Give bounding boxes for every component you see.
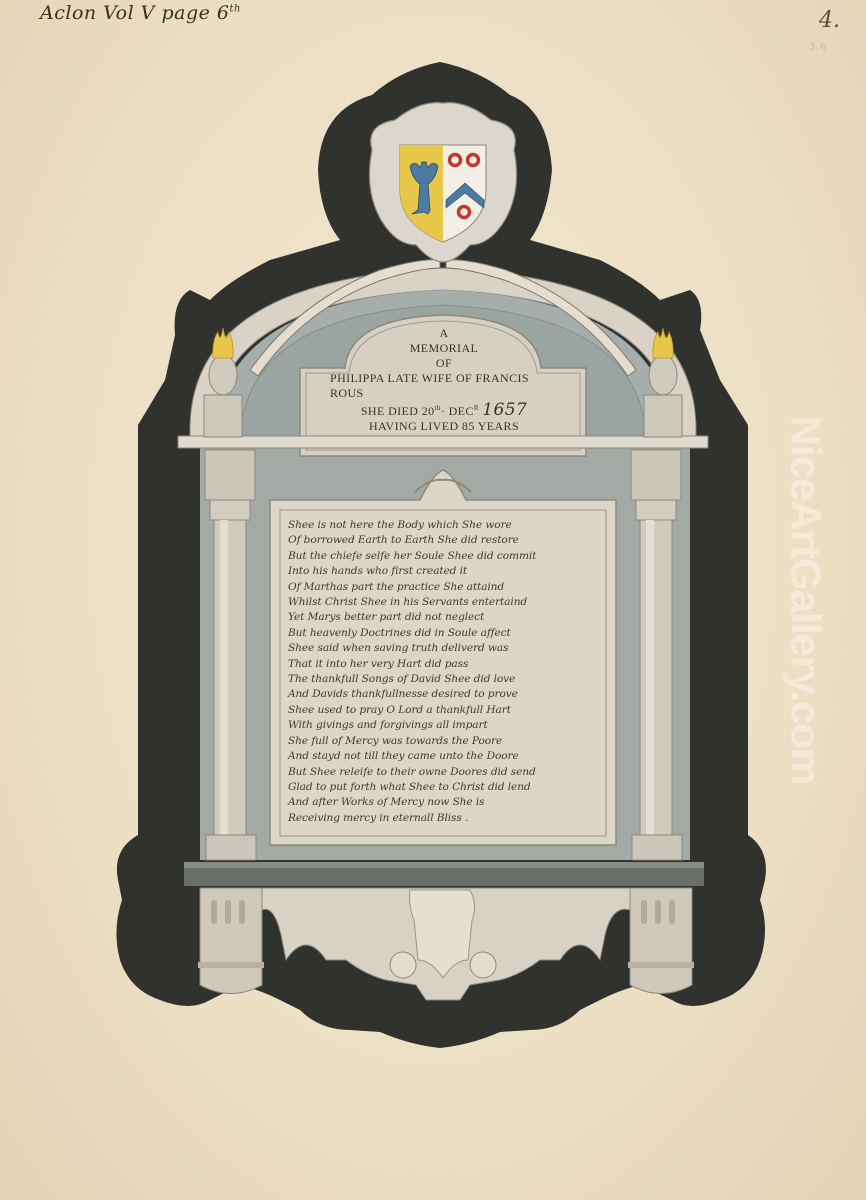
- inscription-name-line: PHILIPPA LATE WIFE OF FRANCIS: [300, 371, 588, 386]
- epitaph-line: Yet Marys better part did not neglect: [288, 610, 604, 625]
- epitaph-line: Into his hands who first created it: [288, 564, 604, 579]
- volute-left: [390, 952, 416, 978]
- watermark: NiceArtGallery.com: [780, 405, 830, 795]
- epitaph-line: Whilst Christ Shee in his Servants enter…: [288, 595, 604, 610]
- inscription-line: HAVING LIVED 85 YEARS: [300, 419, 588, 434]
- volute-right: [470, 952, 496, 978]
- inscription-line: ROUS: [300, 386, 588, 401]
- epitaph-line: That it into her very Hart did pass: [288, 657, 604, 672]
- memorial-title-inscription: A MEMORIAL OF PHILIPPA LATE WIFE OF FRAN…: [300, 326, 588, 434]
- right-corbel: [628, 888, 694, 994]
- inscription-line: A: [300, 326, 588, 341]
- epitaph-line: With givings and forgivings all impart: [288, 718, 604, 733]
- cornice: [178, 436, 708, 448]
- epitaph-line: Glad to put forth what Shee to Christ di…: [288, 780, 604, 795]
- epitaph-line: The thankfull Songs of David Shee did lo…: [288, 672, 604, 687]
- epitaph-line: But Shee releife to their owne Doores di…: [288, 765, 604, 780]
- epitaph-verse: Shee is not here the Body which She wore…: [288, 518, 604, 826]
- inscription-line: MEMORIAL: [300, 341, 588, 356]
- epitaph-line: But the chiefe selfe her Soule Shee did …: [288, 549, 604, 564]
- epitaph-line: Shee is not here the Body which She wore: [288, 518, 604, 533]
- epitaph-line: Shee said when saving truth deliverd was: [288, 641, 604, 656]
- epitaph-line: And after Works of Mercy now She is: [288, 795, 604, 810]
- epitaph-line: Of borrowed Earth to Earth She did resto…: [288, 533, 604, 548]
- inscription-line: OF: [300, 356, 588, 371]
- epitaph-line: Shee used to pray O Lord a thankfull Har…: [288, 703, 604, 718]
- epitaph-line: Receiving mercy in eternall Bliss .: [288, 811, 604, 826]
- epitaph-line: But heavenly Doctrines did in Soule affe…: [288, 626, 604, 641]
- epitaph-line: She full of Mercy was towards the Poore: [288, 734, 604, 749]
- base-cornice: [184, 862, 704, 886]
- epitaph-line: And stayd not till they came unto the Do…: [288, 749, 604, 764]
- epitaph-line: And Davids thankfullnesse desired to pro…: [288, 687, 604, 702]
- epitaph-line: Of Marthas part the practice She attaind: [288, 580, 604, 595]
- left-corbel: [198, 888, 264, 994]
- inscription-death-date: SHE DIED 20th· DECR 1657: [300, 401, 588, 419]
